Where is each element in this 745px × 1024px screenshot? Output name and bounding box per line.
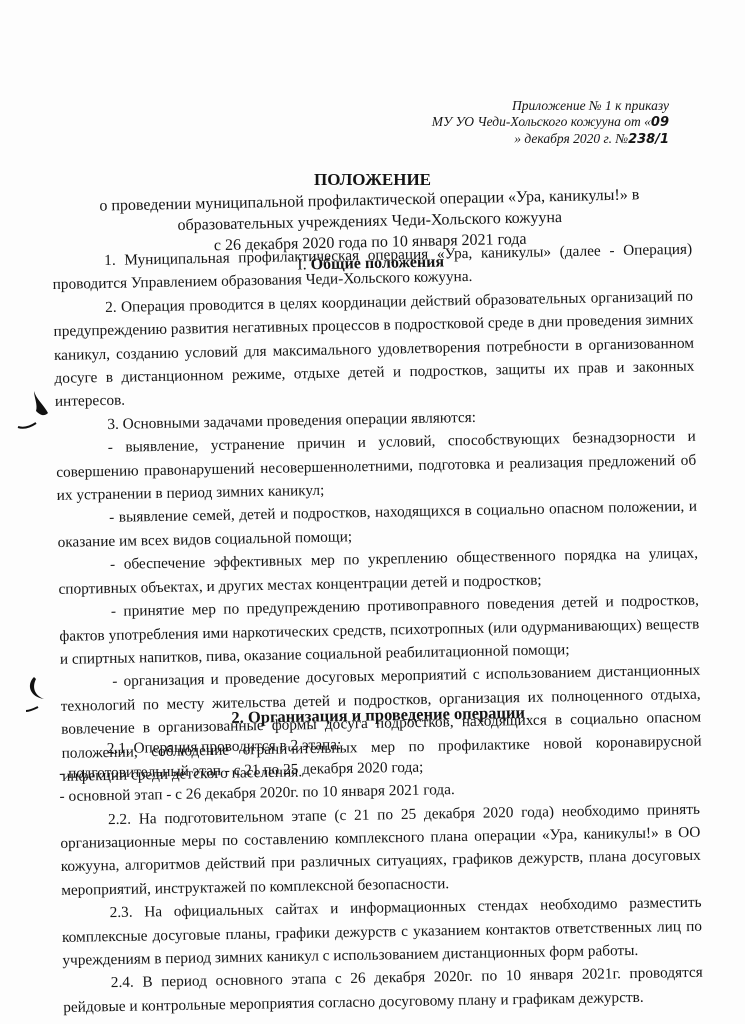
list-item: - выявление, устранение причин и условий…: [56, 425, 697, 507]
appendix-note: Приложение № 1 к приказу МУ УО Чеди-Холь…: [432, 98, 669, 148]
section-2-body: 2. Организация и проведение операции 2.1…: [58, 694, 703, 1019]
appendix-line-3: » декабря 2020 г. №238/1: [432, 131, 669, 148]
paragraph: 2.2. На подготовительном этапе (с 21 по …: [60, 797, 702, 902]
paragraph: 2.4. В период основного этапа с 26 декаб…: [63, 961, 704, 1019]
scanned-document-page: Приложение № 1 к приказу МУ УО Чеди-Холь…: [0, 0, 745, 1024]
appendix-line-3-text: » декабря 2020 г. №: [514, 131, 628, 146]
handwritten-order-number: 238/1: [628, 132, 669, 147]
section-2-heading: 2. Организация и проведение операции: [58, 698, 698, 733]
appendix-line-1: Приложение № 1 к приказу: [432, 98, 669, 114]
binder-hole-mark-icon: [14, 385, 54, 435]
appendix-line-2: МУ УО Чеди-Хольского кожууна от «09: [432, 114, 669, 131]
binder-hole-mark-icon: [20, 665, 60, 715]
list-item: - принятие мер по предупреждению противо…: [59, 589, 700, 671]
handwritten-day: 09: [651, 115, 669, 130]
appendix-line-2-text: МУ УО Чеди-Хольского кожууна от «: [432, 114, 651, 129]
paragraph: 2. Операция проводится в целях координац…: [53, 285, 695, 414]
paragraph: 2.3. На официальных сайтах и информацион…: [61, 891, 702, 972]
